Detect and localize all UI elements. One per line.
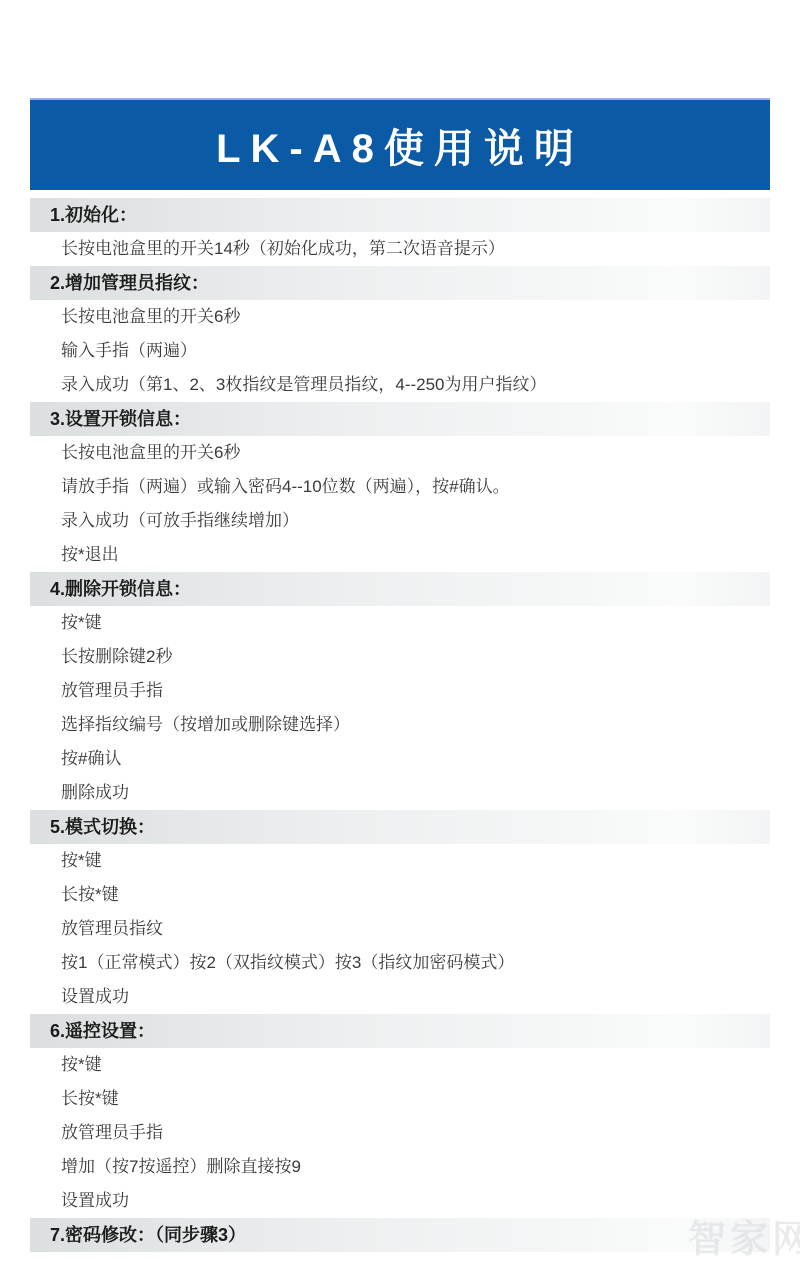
watermark-text: 智家网 <box>688 1219 800 1261</box>
section-heading: 6.遥控设置： <box>30 1014 770 1048</box>
section-mode-switch: 5.模式切换： 按*键 长按*键 放管理员指纹 按1（正常模式）按2（双指纹模式… <box>30 810 770 1014</box>
section-remote-setup: 6.遥控设置： 按*键 长按*键 放管理员手指 增加（按7按遥控）删除直接按9 … <box>30 1014 770 1218</box>
instruction-line: 放管理员手指 <box>30 1116 770 1150</box>
instruction-line: 按#确认 <box>30 742 770 776</box>
instruction-line: 录入成功（可放手指继续增加） <box>30 504 770 538</box>
page-title: LK-A8使用说明 <box>216 117 584 174</box>
section-set-unlock-info: 3.设置开锁信息： 长按电池盒里的开关6秒 请放手指（两遍）或输入密码4--10… <box>30 402 770 572</box>
instruction-line: 请放手指（两遍）或输入密码4--10位数（两遍），按#确认。 <box>30 470 770 504</box>
section-add-admin-fingerprint: 2.增加管理员指纹： 长按电池盒里的开关6秒 输入手指（两遍） 录入成功（第1、… <box>30 266 770 402</box>
instruction-line: 长按*键 <box>30 1082 770 1116</box>
instruction-line: 录入成功（第1、2、3枚指纹是管理员指纹，4--250为用户指纹） <box>30 368 770 402</box>
instruction-line: 按*退出 <box>30 538 770 572</box>
instruction-line: 设置成功 <box>30 1184 770 1218</box>
instruction-line: 长按电池盒里的开关6秒 <box>30 300 770 334</box>
instruction-line: 按*键 <box>30 606 770 640</box>
instruction-line: 按*键 <box>30 844 770 878</box>
section-heading: 5.模式切换： <box>30 810 770 844</box>
section-heading: 4.删除开锁信息： <box>30 572 770 606</box>
instruction-line: 长按电池盒里的开关14秒（初始化成功，第二次语音提示） <box>30 232 770 266</box>
section-password-change: 7.密码修改：（同步骤3） <box>30 1218 770 1252</box>
section-heading: 1.初始化： <box>30 198 770 232</box>
instruction-line: 放管理员指纹 <box>30 912 770 946</box>
instruction-line: 长按*键 <box>30 878 770 912</box>
watermark-logo: 智家网 <box>688 1208 800 1263</box>
instruction-line: 长按电池盒里的开关6秒 <box>30 436 770 470</box>
instruction-line: 长按删除键2秒 <box>30 640 770 674</box>
instruction-line: 增加（按7按遥控）删除直接按9 <box>30 1150 770 1184</box>
instruction-line: 选择指纹编号（按增加或删除键选择） <box>30 708 770 742</box>
section-heading: 7.密码修改：（同步骤3） <box>30 1218 770 1252</box>
section-heading: 3.设置开锁信息： <box>30 402 770 436</box>
section-initialization: 1.初始化： 长按电池盒里的开关14秒（初始化成功，第二次语音提示） <box>30 198 770 266</box>
instruction-line: 放管理员手指 <box>30 674 770 708</box>
instruction-content: 1.初始化： 长按电池盒里的开关14秒（初始化成功，第二次语音提示） 2.增加管… <box>30 198 770 1252</box>
section-delete-unlock-info: 4.删除开锁信息： 按*键 长按删除键2秒 放管理员手指 选择指纹编号（按增加或… <box>30 572 770 810</box>
title-banner: LK-A8使用说明 <box>30 98 770 190</box>
instruction-line: 删除成功 <box>30 776 770 810</box>
section-heading: 2.增加管理员指纹： <box>30 266 770 300</box>
instruction-line: 输入手指（两遍） <box>30 334 770 368</box>
instruction-line: 设置成功 <box>30 980 770 1014</box>
instruction-line: 按1（正常模式）按2（双指纹模式）按3（指纹加密码模式） <box>30 946 770 980</box>
instruction-line: 按*键 <box>30 1048 770 1082</box>
instruction-page: LK-A8使用说明 1.初始化： 长按电池盒里的开关14秒（初始化成功，第二次语… <box>0 0 800 1277</box>
